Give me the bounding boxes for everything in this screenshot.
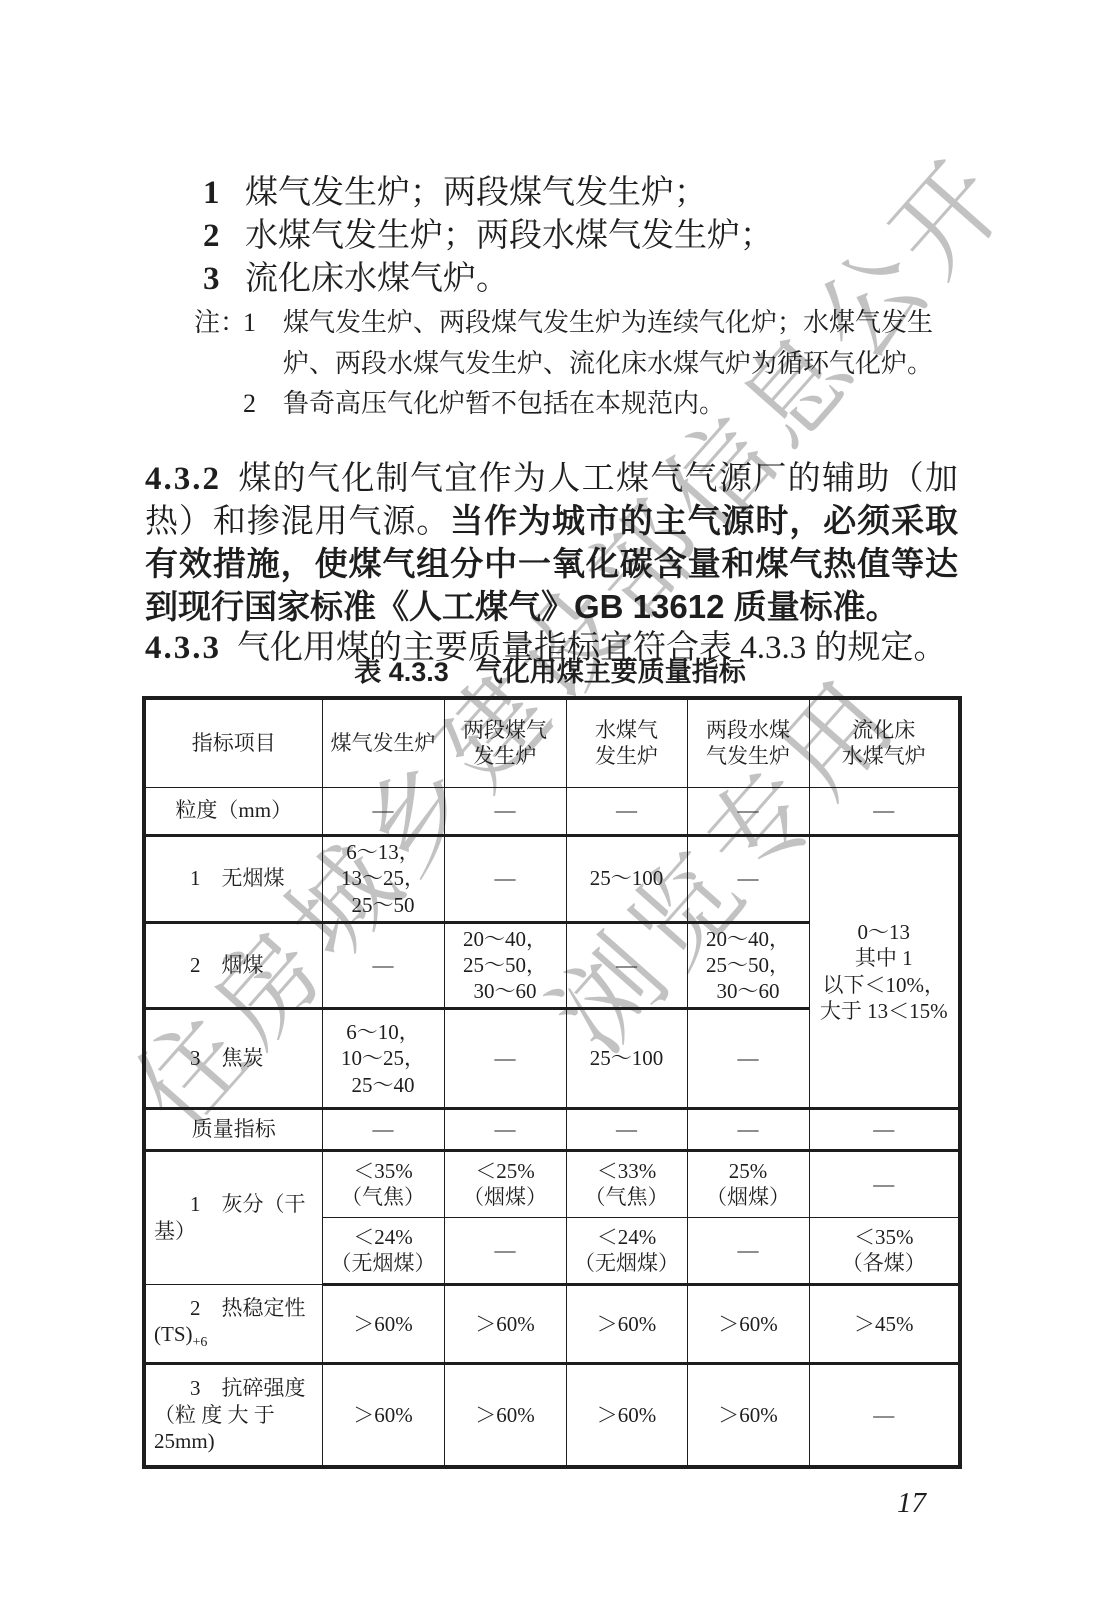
- table-cell: ＜24% （无烟煤）: [566, 1217, 687, 1284]
- furnace-type-list: 1 煤气发生炉；两段煤气发生炉； 2 水煤气发生炉；两段水煤气发生炉； 3 流化…: [203, 172, 773, 301]
- table-cell: ＞60%: [566, 1363, 687, 1467]
- note-item-number: 2: [243, 384, 283, 425]
- list-item-text: 水煤气发生炉；两段水煤气发生炉；: [245, 215, 773, 258]
- col-header-water-gas: 水煤气 发生炉: [566, 698, 687, 787]
- list-item-text: 流化床水煤气炉。: [245, 258, 509, 301]
- table-cell: —: [687, 787, 809, 835]
- table-row-anthracite: 1 无烟煤 6～13， 13～25， 25～50 — 25～100 — 0～13…: [144, 835, 960, 922]
- list-item-text: 煤气发生炉；两段煤气发生炉；: [245, 172, 707, 215]
- table-cell: 6～10， 10～25， 25～40: [322, 1008, 444, 1108]
- row-label-ash: 1 灰分（干 基）: [144, 1150, 322, 1284]
- table-cell-fluidized-merged: 0～13 其中 1 以下＜10%， 大于 13＜15%: [809, 835, 960, 1108]
- table-cell: —: [687, 1108, 809, 1150]
- row-label-bituminous: 2 烟煤: [144, 922, 322, 1008]
- note-label-spacer: [194, 384, 243, 425]
- table-title: 表 4.3.3 气化用煤主要质量指标: [142, 650, 958, 689]
- thermal-subscript: +6: [193, 1335, 208, 1350]
- table-cell: 25～100: [566, 835, 687, 922]
- table-cell: —: [566, 1108, 687, 1150]
- table-cell: —: [322, 1108, 444, 1150]
- table-cell: —: [809, 787, 960, 835]
- table-cell: —: [322, 787, 444, 835]
- table-row-thermal-stability: 2 热稳定性 (TS)+6 ＞60% ＞60% ＞60% ＞60% ＞45%: [144, 1284, 960, 1363]
- table-cell: ＞60%: [444, 1284, 566, 1363]
- row-label-anthracite: 1 无烟煤: [144, 835, 322, 922]
- table-header-row: 指标项目 煤气发生炉 两段煤气 发生炉 水煤气 发生炉 两段水煤 气发生炉 流化…: [144, 698, 960, 787]
- table-cell: —: [444, 835, 566, 922]
- col-header-fluidized-bed: 流化床 水煤气炉: [809, 698, 960, 787]
- row-label-granularity: 粒度（mm）: [144, 787, 322, 835]
- table-cell: —: [687, 1217, 809, 1284]
- table-cell: ＜35% （气焦）: [322, 1150, 444, 1217]
- page-content: 1 煤气发生炉；两段煤气发生炉； 2 水煤气发生炉；两段水煤气发生炉； 3 流化…: [0, 0, 1103, 1598]
- note-item-text: 煤气发生炉、两段煤气发生炉为连续气化炉；水煤气发生炉、两段水煤气发生炉、流化床水…: [283, 303, 958, 384]
- page-number: 17: [897, 1487, 926, 1520]
- clause-number: 4.3.2: [145, 461, 221, 497]
- note-label: 注：: [194, 303, 243, 384]
- table-cell: ＞45%: [809, 1284, 960, 1363]
- table-cell: ＞60%: [322, 1284, 444, 1363]
- list-item: 2 水煤气发生炉；两段水煤气发生炉；: [203, 215, 773, 258]
- table-cell: —: [809, 1150, 960, 1217]
- col-header-indicator: 指标项目: [144, 698, 322, 787]
- document-page: { "page": { "number": "17" }, "watermark…: [0, 0, 1103, 1598]
- clause-4-3-2: 4.3.2煤的气化制气宜作为人工煤气气源厂的辅助（加热）和掺混用气源。当作为城市…: [145, 458, 958, 629]
- table-cell: ＞60%: [687, 1284, 809, 1363]
- quality-indicator-table: 指标项目 煤气发生炉 两段煤气 发生炉 水煤气 发生炉 两段水煤 气发生炉 流化…: [142, 696, 962, 1469]
- col-header-two-stage-water-gas: 两段水煤 气发生炉: [687, 698, 809, 787]
- table-cell: —: [322, 922, 444, 1008]
- row-label-coke: 3 焦炭: [144, 1008, 322, 1108]
- note-block: 注： 1 煤气发生炉、两段煤气发生炉为连续气化炉；水煤气发生炉、两段水煤气发生炉…: [194, 303, 958, 425]
- table-cell: ＜25% （烟煤）: [444, 1150, 566, 1217]
- list-item-number: 3: [203, 258, 245, 301]
- list-item-number: 2: [203, 215, 245, 258]
- row-label-thermal-stability: 2 热稳定性 (TS)+6: [144, 1284, 322, 1363]
- row-label-quality: 质量指标: [144, 1108, 322, 1150]
- list-item: 1 煤气发生炉；两段煤气发生炉；: [203, 172, 773, 215]
- table-cell: ＞60%: [322, 1363, 444, 1467]
- table-cell: ＞60%: [566, 1284, 687, 1363]
- table-cell: —: [809, 1363, 960, 1467]
- table-row-ash-1: 1 灰分（干 基） ＜35% （气焦） ＜25% （烟煤） ＜33% （气焦） …: [144, 1150, 960, 1217]
- table-cell: ＜24% （无烟煤）: [322, 1217, 444, 1284]
- table-cell: 20～40， 25～50， 30～60: [444, 922, 566, 1008]
- list-item: 3 流化床水煤气炉。: [203, 258, 773, 301]
- table-cell: —: [566, 922, 687, 1008]
- table-cell: —: [566, 787, 687, 835]
- table-cell: —: [687, 1008, 809, 1108]
- table-cell: —: [444, 1008, 566, 1108]
- note-item-text: 鲁奇高压气化炉暂不包括在本规范内。: [283, 384, 958, 425]
- table-cell: ＞60%: [444, 1363, 566, 1467]
- table-row-granularity: 粒度（mm） — — — — —: [144, 787, 960, 835]
- table-row-crush-strength: 3 抗碎强度 （粒 度 大 于 25mm) ＞60% ＞60% ＞60% ＞60…: [144, 1363, 960, 1467]
- table-cell: 25～100: [566, 1008, 687, 1108]
- table-cell: —: [444, 787, 566, 835]
- list-item-number: 1: [203, 172, 245, 215]
- table-cell: —: [444, 1217, 566, 1284]
- col-header-two-stage-gas: 两段煤气 发生炉: [444, 698, 566, 787]
- table-cell: 6～13， 13～25， 25～50: [322, 835, 444, 922]
- table-cell: —: [444, 1108, 566, 1150]
- table-cell: 20～40， 25～50， 30～60: [687, 922, 809, 1008]
- table-row-quality-indicator: 质量指标 — — — — —: [144, 1108, 960, 1150]
- note-item-number: 1: [243, 303, 283, 384]
- row-label-crush-strength: 3 抗碎强度 （粒 度 大 于 25mm): [144, 1363, 322, 1467]
- table-cell: ＜33% （气焦）: [566, 1150, 687, 1217]
- table-cell: —: [687, 835, 809, 922]
- table-cell: —: [809, 1108, 960, 1150]
- col-header-gas-producer: 煤气发生炉: [322, 698, 444, 787]
- table-cell: ＞60%: [687, 1363, 809, 1467]
- table-cell: 25% （烟煤）: [687, 1150, 809, 1217]
- thermal-label-text: 2 热稳定性 (TS): [154, 1296, 306, 1346]
- table-cell: ＜35% （各煤）: [809, 1217, 960, 1284]
